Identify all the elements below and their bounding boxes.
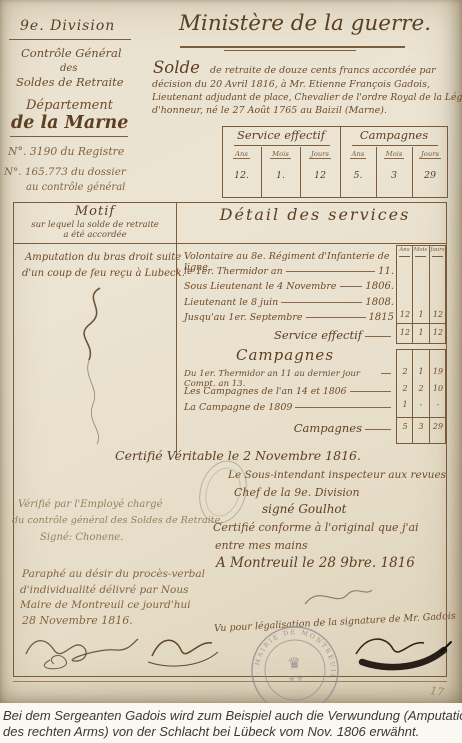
summary-service-mois: 1. xyxy=(261,170,300,181)
header-rule xyxy=(13,243,447,244)
summary-header-flourish-1 xyxy=(234,145,330,146)
service-total-rule xyxy=(396,323,446,324)
verify-line-1: Vérifié par l'Employé chargé xyxy=(18,499,163,510)
office-line-3: Soldes de Retraite xyxy=(16,76,124,89)
intendant-line-1: Le Sous-intendant inspecteur aux revues xyxy=(228,470,446,482)
verify-line-3: Signé: Chonene. xyxy=(40,532,123,543)
summary-campagnes-mois: 3 xyxy=(376,170,412,181)
cell-camp2-ans: 2 xyxy=(397,384,413,393)
motif-subtitle-1: sur lequel la solde de retraite xyxy=(20,221,170,230)
main-box-outer-bottom xyxy=(13,681,447,682)
service-row-3: Sous Lieutenant le 4 Novembre1806. xyxy=(184,281,394,292)
campagne-row-2: Les Campagnes de l'an 14 et 1806 xyxy=(184,386,394,397)
service-row-label: le 1er. Thermidor an xyxy=(184,266,283,277)
paraphe-line-2: d'individualité délivré par Nous xyxy=(20,585,188,597)
cell-camp2-jours: 10 xyxy=(430,384,446,393)
service-row-value: 1806. xyxy=(365,281,394,292)
small-right-signature xyxy=(300,582,378,612)
certify-line: Certifié Véritable le 2 Novembre 1816. xyxy=(115,449,361,463)
cell-1815-mois: 1 xyxy=(413,310,429,319)
dossier-number-2: au contrôle général xyxy=(26,182,125,193)
intendant-line-2: Chef de la 9e. Division xyxy=(234,487,360,499)
summary-col-jours-1: Jours xyxy=(300,150,340,158)
motif-subtitle-2: a été accordée xyxy=(20,231,170,240)
intro-line-4: d'honneur, né le 27 Août 1765 au Baizil … xyxy=(152,106,387,116)
page-number: 17 xyxy=(429,685,445,699)
motif-body-2: d'un coup de feu reçu à Lubeck. xyxy=(22,268,185,279)
summary-col-jours-2: Jours xyxy=(412,150,448,158)
verify-line-2: du contrôle général des Soldes de Retrai… xyxy=(12,516,223,527)
summary-col-ans-2: Ans xyxy=(340,150,376,158)
summary-group-service: Service effectif xyxy=(222,129,340,142)
office-line-2: des xyxy=(60,63,77,74)
caption: Bei dem Sergeanten Gadois wird zum Beisp… xyxy=(0,703,462,743)
motif-detail-divider xyxy=(176,202,177,455)
summary-campagnes-jours: 29 xyxy=(412,170,448,181)
service-total-row: Service effectif xyxy=(230,328,394,342)
mini-col-ans: Ans xyxy=(396,247,413,253)
summary-col-ans-1: Ans xyxy=(222,150,261,158)
service-row-2: le 1er. Thermidor an11. xyxy=(184,266,394,277)
departement-value: de la Marne xyxy=(11,114,128,133)
mini-colhead-underline-1 xyxy=(399,256,410,257)
mini-colhead-underline-3 xyxy=(432,256,443,257)
office-line-1: Contrôle Général xyxy=(21,47,122,60)
service-row-label: Jusqu'au 1er. Septembre xyxy=(184,312,303,323)
cell-camp1-jours: 19 xyxy=(430,367,446,376)
cell-1815-ans: 12 xyxy=(397,310,413,319)
summary-campagnes-ans: 5. xyxy=(340,170,376,181)
paraphe-line-3: Maire de Montreuil ce jourd'hui xyxy=(20,600,191,612)
service-total-label: Service effectif xyxy=(274,328,362,342)
dossier-number-1: N°. 165.773 du dossier xyxy=(4,167,126,178)
campagnes-total-row: Campagnes xyxy=(250,421,394,435)
service-row-value: 11. xyxy=(378,266,394,277)
campagnes-total-rule xyxy=(396,417,446,418)
title-underline-1 xyxy=(180,46,405,48)
motif-flourish xyxy=(58,284,133,449)
intro-word-solde: Solde xyxy=(153,59,200,77)
departement-underline xyxy=(10,136,128,137)
intro-line-3: Lieutenant adjudant de place, Chevalier … xyxy=(152,93,462,103)
paraphe-line-1: Paraphé au désir du procès-verbal xyxy=(22,569,205,581)
campagne-row-label: Les Campagnes de l'an 14 et 1806 xyxy=(184,386,347,397)
division-label: 9e. Division xyxy=(20,19,115,34)
cell-camp3-ans: 1 xyxy=(397,400,413,409)
cell-service-total-ans: 12 xyxy=(397,328,413,337)
gadois-signature xyxy=(346,626,454,676)
departement-label: Département xyxy=(26,99,113,113)
cell-camp-total-jours: 29 xyxy=(430,422,446,431)
intro-line-1: de retraite de douze cents francs accord… xyxy=(210,66,436,76)
service-row-5: Jusqu'au 1er. Septembre1815 xyxy=(184,312,394,323)
intro-line-2: décision du 20 Avril 1816, à Mr. Etienne… xyxy=(152,80,430,90)
cell-camp2-mois: 2 xyxy=(413,384,429,393)
cell-camp-total-mois: 3 xyxy=(413,422,429,431)
summary-service-ans: 12. xyxy=(222,170,261,181)
stamp-fleur-icon: ⚜⚜ xyxy=(287,674,304,686)
stamp-crown-icon: ♛ xyxy=(287,653,302,672)
cell-camp3-mois: - xyxy=(413,400,429,409)
cell-service-total-mois: 1 xyxy=(413,328,429,337)
cell-service-total-jours: 12 xyxy=(430,328,446,337)
cell-camp3-jours: - xyxy=(430,400,446,409)
page-title: Ministère de la guerre. xyxy=(150,12,460,36)
registre-number: N°. 3190 du Registre xyxy=(8,146,124,158)
motif-body-1: Amputation du bras droit suite xyxy=(25,252,181,263)
division-underline xyxy=(9,39,131,40)
conform-line-2: entre mes mains xyxy=(215,540,308,552)
campagne-row-label: La Campagne de 1809 xyxy=(184,402,292,413)
summary-header-flourish-2 xyxy=(352,145,438,146)
cell-camp1-mois: 1 xyxy=(413,367,429,376)
title-underline-2 xyxy=(224,50,356,51)
campagne-row-3: La Campagne de 1809 xyxy=(184,402,394,413)
caption-line-2: des rechten Arms) von der Schlacht bei L… xyxy=(0,724,462,740)
service-row-value: 1808. xyxy=(365,297,394,308)
summary-col-mois-2: Mois xyxy=(376,150,412,158)
campagnes-section-title: Campagnes xyxy=(200,347,370,364)
cell-camp-total-ans: 5 xyxy=(397,422,413,431)
conform-place-date: A Montreuil le 28 9bre. 1816 xyxy=(216,556,415,571)
service-row-value: 1815 xyxy=(369,312,394,323)
motif-title: Motif xyxy=(30,205,160,219)
service-row-label: Lieutenant le 8 juin xyxy=(184,297,278,308)
paraphe-line-4: 28 Novembre 1816. xyxy=(22,615,133,627)
summary-service-jours: 12 xyxy=(300,170,340,181)
witness-signature xyxy=(144,630,222,670)
caption-line-1: Bei dem Sergeanten Gadois wird zum Beisp… xyxy=(0,708,462,724)
services-title: Détail des services xyxy=(210,206,420,224)
cell-camp1-ans: 2 xyxy=(397,367,413,376)
service-row-label: Sous Lieutenant le 4 Novembre xyxy=(184,281,337,292)
summary-col-mois-1: Mois xyxy=(261,150,300,158)
campagnes-total-label: Campagnes xyxy=(294,421,362,435)
intendant-signature-line: signé Goulhot xyxy=(262,503,346,516)
mini-col-jours: Jours xyxy=(429,247,446,253)
mayor-signature xyxy=(20,628,145,670)
summary-group-campagnes: Campagnes xyxy=(340,129,448,142)
mini-col-mois: Mois xyxy=(412,247,429,253)
conform-line-1: Certifié conforme à l'original que j'ai xyxy=(213,522,419,534)
cell-1815-jours: 12 xyxy=(430,310,446,319)
mini-colhead-underline-2 xyxy=(415,256,426,257)
service-row-4: Lieutenant le 8 juin1808. xyxy=(184,297,394,308)
